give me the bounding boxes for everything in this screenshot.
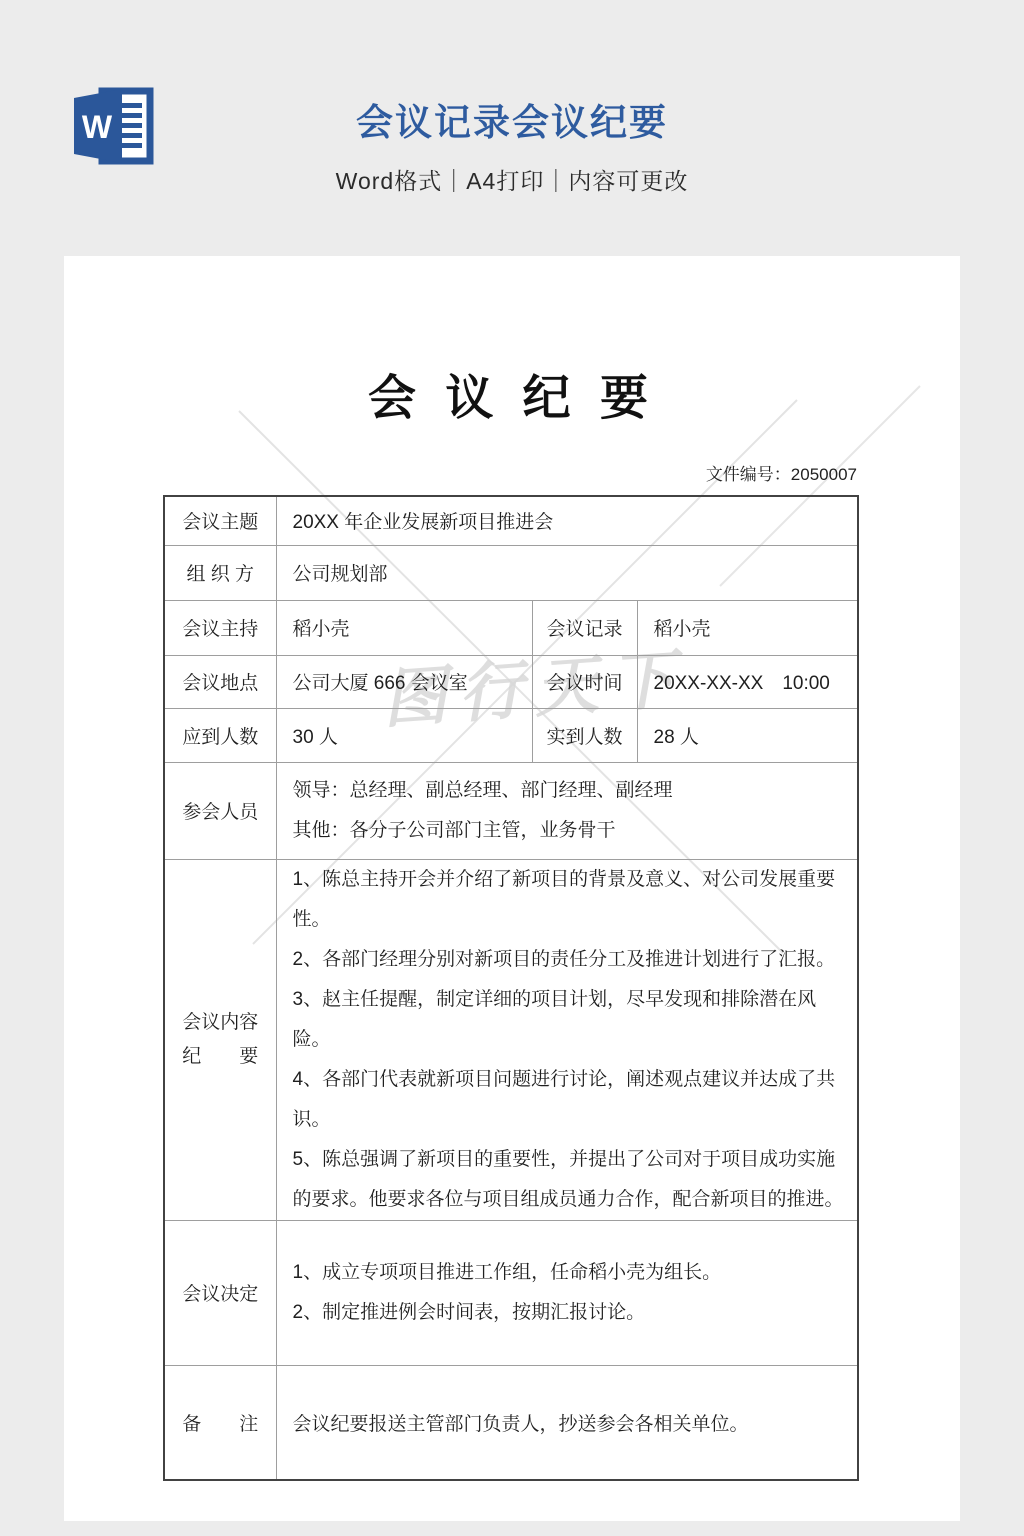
organizer-value: 公司规划部 xyxy=(276,545,858,600)
table-row-notes: 备 注 会议纪要报送主管部门负责人，抄送参会各相关单位。 xyxy=(164,1365,858,1480)
location-value: 公司大厦 666 会议室 xyxy=(276,655,532,708)
actual-label: 实到人数 xyxy=(532,708,637,762)
decision-item: 1、成立专项项目推进工作组，任命稻小壳为组长。 xyxy=(293,1253,848,1293)
document-page: 图行天下 会 议 纪 要 文件编号：2050007 会议主题 20XX 年企业发… xyxy=(64,256,960,1521)
content-label-line2: 纪 要 xyxy=(169,1040,272,1074)
expected-value: 30 人 xyxy=(276,708,532,762)
table-row-headcount: 应到人数 30 人 实到人数 28 人 xyxy=(164,708,858,762)
minutes-table: 会议主题 20XX 年企业发展新项目推进会 组 织 方 公司规划部 会议主持 稻… xyxy=(163,495,859,1481)
table-row-organizer: 组 织 方 公司规划部 xyxy=(164,545,858,600)
header-banner: W 会议记录会议纪要 Word格式｜A4打印｜内容可更改 xyxy=(0,0,1024,256)
table-row-subject: 会议主题 20XX 年企业发展新项目推进会 xyxy=(164,496,858,545)
table-row-content: 会议内容 纪 要 1、陈总主持开会并介绍了新项目的背景及意义、对公司发展重要性。… xyxy=(164,859,858,1220)
host-value: 稻小壳 xyxy=(276,600,532,655)
subject-value: 20XX 年企业发展新项目推进会 xyxy=(276,496,858,545)
subject-label: 会议主题 xyxy=(164,496,276,545)
attendees-value: 领导：总经理、副总经理、部门经理、副经理 其他：各分子公司部门主管，业务骨干 xyxy=(276,762,858,859)
recorder-label: 会议记录 xyxy=(532,600,637,655)
content-item: 2、各部门经理分别对新项目的责任分工及推进计划进行了汇报。 xyxy=(293,940,848,980)
table-row-decision: 会议决定 1、成立专项项目推进工作组，任命稻小壳为组长。 2、制定推进例会时间表… xyxy=(164,1220,858,1365)
organizer-label: 组 织 方 xyxy=(164,545,276,600)
notes-label: 备 注 xyxy=(164,1365,276,1480)
notes-value: 会议纪要报送主管部门负责人，抄送参会各相关单位。 xyxy=(276,1365,858,1480)
content-item: 5、陈总强调了新项目的重要性，并提出了公司对于项目成功实施的要求。他要求各位与项… xyxy=(293,1140,848,1220)
bottom-margin xyxy=(0,1521,1024,1536)
content-item: 1、陈总主持开会并介绍了新项目的背景及意义、对公司发展重要性。 xyxy=(293,860,848,940)
decision-label: 会议决定 xyxy=(164,1220,276,1365)
content-label: 会议内容 纪 要 xyxy=(164,859,276,1220)
decision-item: 2、制定推进例会时间表，按期汇报讨论。 xyxy=(293,1293,848,1333)
attendees-line1: 领导：总经理、副总经理、部门经理、副经理 xyxy=(293,771,848,811)
time-label: 会议时间 xyxy=(532,655,637,708)
actual-value: 28 人 xyxy=(637,708,858,762)
content-label-line1: 会议内容 xyxy=(169,1006,272,1040)
content-item: 3、赵主任提醒，制定详细的项目计划，尽早发现和排除潜在风险。 xyxy=(293,980,848,1060)
banner-text-block: 会议记录会议纪要 Word格式｜A4打印｜内容可更改 xyxy=(0,92,1024,196)
attendees-line2: 其他：各分子公司部门主管，业务骨干 xyxy=(293,811,848,851)
page-title: 会 议 纪 要 xyxy=(64,256,960,428)
content-value: 1、陈总主持开会并介绍了新项目的背景及意义、对公司发展重要性。 2、各部门经理分… xyxy=(276,859,858,1220)
content-item: 4、各部门代表就新项目问题进行讨论，阐述观点建议并达成了共识。 xyxy=(293,1060,848,1140)
doc-number: 文件编号：2050007 xyxy=(163,460,857,485)
host-label: 会议主持 xyxy=(164,600,276,655)
decision-value: 1、成立专项项目推进工作组，任命稻小壳为组长。 2、制定推进例会时间表，按期汇报… xyxy=(276,1220,858,1365)
product-subtitle: Word格式｜A4打印｜内容可更改 xyxy=(0,163,1024,196)
table-row-location-time: 会议地点 公司大厦 666 会议室 会议时间 20XX-XX-XX 10:00 xyxy=(164,655,858,708)
table-row-host-recorder: 会议主持 稻小壳 会议记录 稻小壳 xyxy=(164,600,858,655)
expected-label: 应到人数 xyxy=(164,708,276,762)
time-value: 20XX-XX-XX 10:00 xyxy=(637,655,858,708)
location-label: 会议地点 xyxy=(164,655,276,708)
attendees-label: 参会人员 xyxy=(164,762,276,859)
table-row-attendees: 参会人员 领导：总经理、副总经理、部门经理、副经理 其他：各分子公司部门主管，业… xyxy=(164,762,858,859)
recorder-value: 稻小壳 xyxy=(637,600,858,655)
product-title: 会议记录会议纪要 xyxy=(0,92,1024,146)
